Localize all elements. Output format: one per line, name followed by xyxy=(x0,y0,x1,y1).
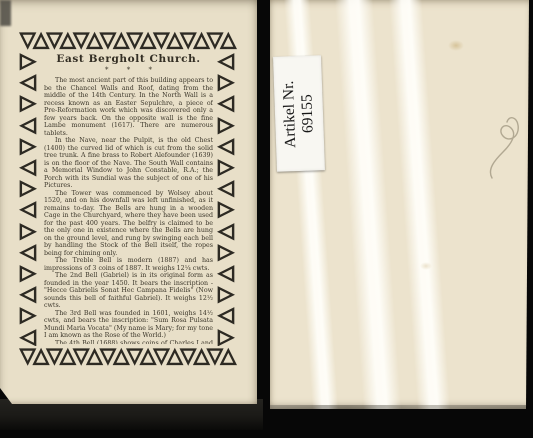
triangle-border-right: ◁ ▷ ◁ ▷ ◁ ▷ ◁ ▷ ◁ ▷ ◁ ▷ ◁ ▷ xyxy=(213,50,239,346)
scan-artifact xyxy=(0,0,11,26)
postcard-front-scan: ▽△▽△▽△▽△▽△▽△▽△▽△ ▽△▽△▽△▽△▽△▽△▽△▽△ ▷ ◁ ▷ … xyxy=(0,0,257,404)
postcard-paragraph: The 3rd Bell was founded in 1601, weighs… xyxy=(44,310,213,340)
paper-stain xyxy=(448,40,464,51)
postcard-paragraph: The 4th Bell (1688) shows coins of Charl… xyxy=(44,340,213,345)
postcard-paragraph: The 2nd Bell (Gabriel) is in its origina… xyxy=(44,272,213,310)
triangle-border-left: ▷ ◁ ▷ ◁ ▷ ◁ ▷ ◁ ▷ ◁ ▷ ◁ ▷ ◁ xyxy=(15,50,41,346)
scanner-light-streak xyxy=(388,0,452,409)
article-number-value: 69155 xyxy=(298,79,318,147)
triangle-border-top: ▽△▽△▽△▽△▽△▽△▽△▽△ xyxy=(15,28,239,52)
paper-stain xyxy=(420,262,432,270)
article-number-caption: Artikel Nr. xyxy=(280,80,300,148)
postcard-text-block: East Bergholt Church. * * * The most anc… xyxy=(44,50,213,344)
article-number-sticker: Artikel Nr. 69155 xyxy=(273,55,325,172)
postcard-paragraph: The Tower was commenced by Wolsey about … xyxy=(44,190,213,258)
postcard-paragraph: The most ancient part of this building a… xyxy=(44,77,213,137)
triangle-border-bottom: ▽△▽△▽△▽△▽△▽△▽△▽△ xyxy=(15,344,239,368)
postcard-back-scan: Artikel Nr. 69155 xyxy=(270,0,529,409)
card-bottom-edge xyxy=(270,405,529,409)
postcard-paragraph: In the Nave, near the Pulpit, is the old… xyxy=(44,137,213,190)
title-ornament: * * * xyxy=(52,66,213,74)
postcard-title: East Bergholt Church. xyxy=(44,53,213,65)
article-number-text: Artikel Nr. 69155 xyxy=(280,79,318,147)
postcard-paragraph: The Treble Bell is modern (1887) and has… xyxy=(44,257,213,272)
pencil-mark xyxy=(482,112,526,182)
scanned-postcard-listing-image: ▽△▽△▽△▽△▽△▽△▽△▽△ ▽△▽△▽△▽△▽△▽△▽△▽△ ▷ ◁ ▷ … xyxy=(0,0,533,438)
